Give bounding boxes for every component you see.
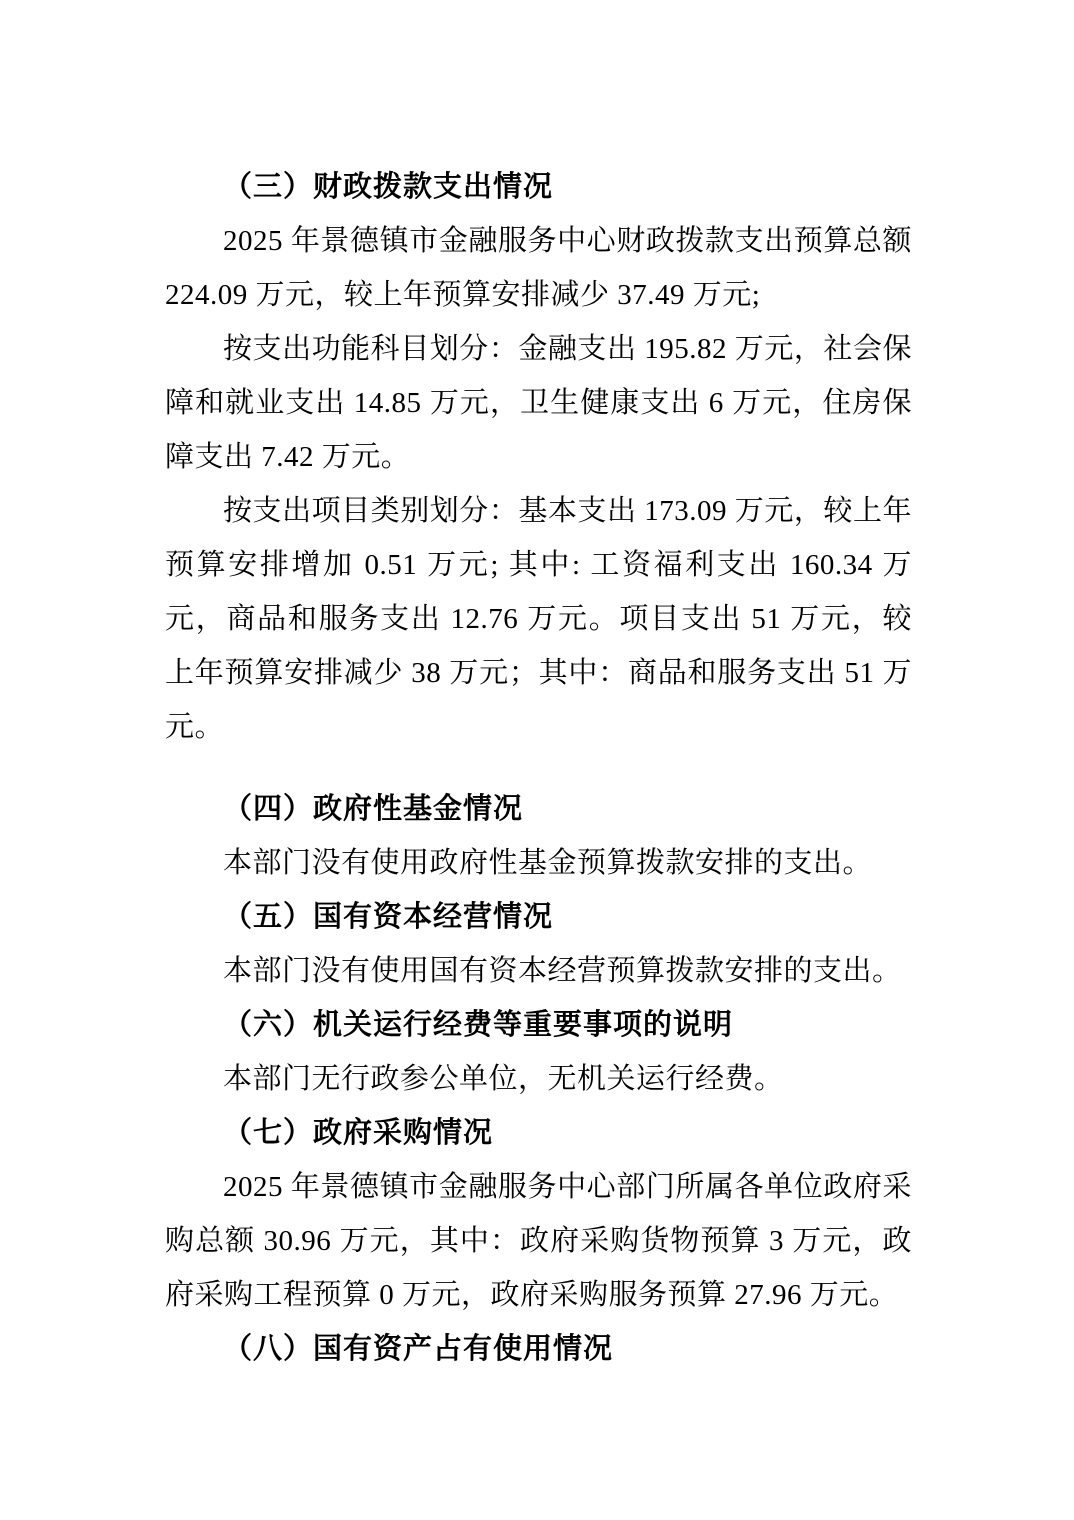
para-expenditure-by-category: 按支出项目类别划分：基本支出 173.09 万元，较上年预算安排增加 0.51 … <box>165 484 912 754</box>
document-page: （三）财政拨款支出情况 2025 年景德镇市金融服务中心财政拨款支出预算总额 2… <box>0 0 1074 1520</box>
section-government-procurement: （七）政府采购情况 2025 年景德镇市金融服务中心部门所属各单位政府采购总额 … <box>165 1106 912 1322</box>
section-fiscal-appropriation-expenditure: （三）财政拨款支出情况 2025 年景德镇市金融服务中心财政拨款支出预算总额 2… <box>165 160 912 754</box>
heading-section-4: （四）政府性基金情况 <box>165 782 912 836</box>
heading-section-6: （六）机关运行经费等重要事项的说明 <box>165 998 912 1052</box>
heading-section-5: （五）国有资本经营情况 <box>165 890 912 944</box>
heading-section-8: （八）国有资产占有使用情况 <box>165 1322 912 1376</box>
heading-section-7: （七）政府采购情况 <box>165 1106 912 1160</box>
para-agency-operating-expenses: 本部门无行政参公单位，无机关运行经费。 <box>165 1052 912 1106</box>
heading-section-3: （三）财政拨款支出情况 <box>165 160 912 214</box>
section-agency-operating-expenses: （六）机关运行经费等重要事项的说明 本部门无行政参公单位，无机关运行经费。 <box>165 998 912 1106</box>
section-state-assets-usage: （八）国有资产占有使用情况 <box>165 1322 912 1376</box>
para-government-funds: 本部门没有使用政府性基金预算拨款安排的支出。 <box>165 836 912 890</box>
section-state-capital-operation: （五）国有资本经营情况 本部门没有使用国有资本经营预算拨款安排的支出。 <box>165 890 912 998</box>
para-government-procurement: 2025 年景德镇市金融服务中心部门所属各单位政府采购总额 30.96 万元，其… <box>165 1160 912 1322</box>
para-state-capital-operation: 本部门没有使用国有资本经营预算拨款安排的支出。 <box>165 944 912 998</box>
para-expenditure-total: 2025 年景德镇市金融服务中心财政拨款支出预算总额 224.09 万元，较上年… <box>165 214 912 322</box>
para-expenditure-by-function: 按支出功能科目划分：金融支出 195.82 万元，社会保障和就业支出 14.85… <box>165 322 912 484</box>
section-government-funds: （四）政府性基金情况 本部门没有使用政府性基金预算拨款安排的支出。 <box>165 782 912 890</box>
